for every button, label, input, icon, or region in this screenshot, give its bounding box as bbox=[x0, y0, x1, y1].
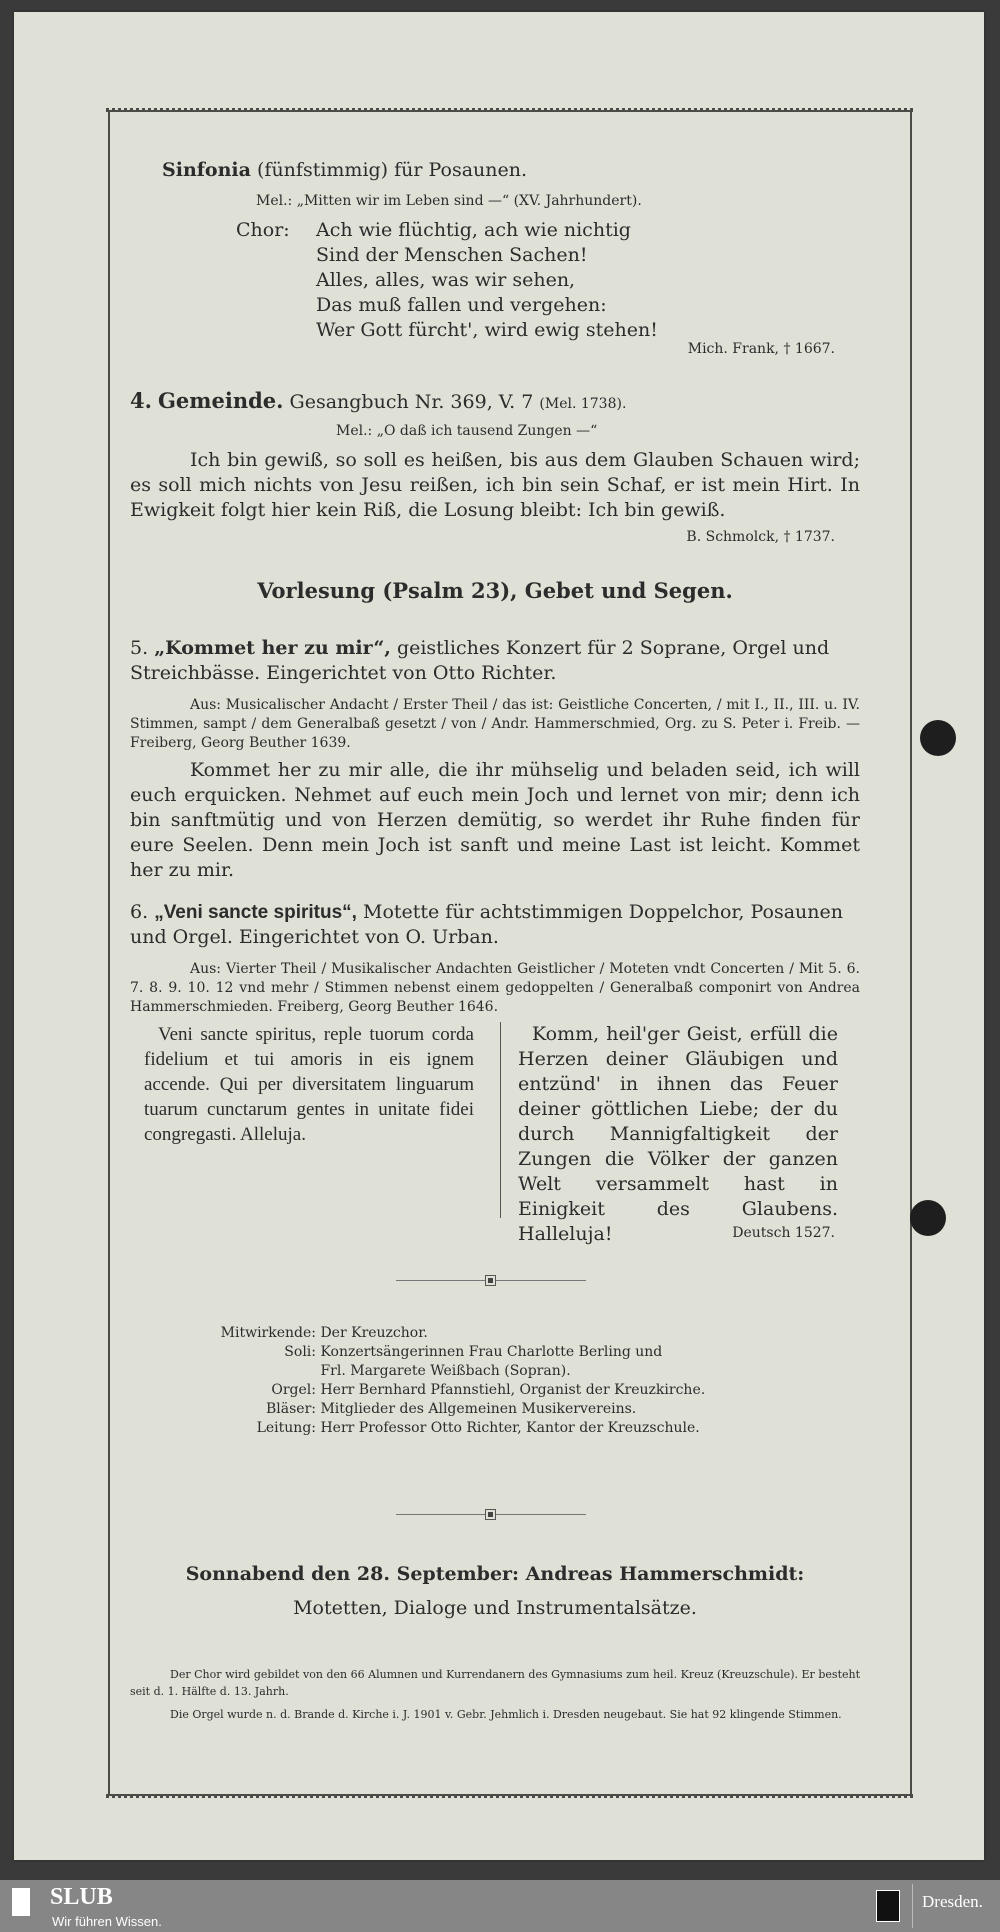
performers-list: Mitwirkende: Der Kreuzchor. Soli: Konzer… bbox=[186, 1324, 886, 1438]
item-5-text: Kommet her zu mir alle, die ihr mühselig… bbox=[130, 758, 860, 883]
item-5-heading: 5. „Kommet her zu mir“, geistliches Konz… bbox=[130, 636, 860, 686]
performer-row: Mitwirkende: Der Kreuzchor. bbox=[186, 1324, 886, 1343]
german-source: Deutsch 1527. bbox=[130, 1224, 835, 1243]
item-6-heading: 6. „Veni sancte spiritus“, Motette für a… bbox=[130, 900, 860, 950]
column-divider bbox=[500, 1022, 501, 1218]
performer-row: Leitung: Herr Professor Otto Richter, Ka… bbox=[186, 1419, 886, 1438]
sinfonia-melody: Mel.: „Mitten wir im Leben sind —“ (XV. … bbox=[256, 192, 986, 211]
library-footer: SLUB Wir führen Wissen. Dresden. bbox=[0, 1880, 1000, 1932]
next-concert-line-2: Motetten, Dialoge und Instrumentalsätze. bbox=[130, 1596, 860, 1621]
item-5-source: Aus: Musicalischer Andacht / Erster Thei… bbox=[130, 696, 860, 753]
note-choir: Der Chor wird gebildet von den 66 Alumne… bbox=[130, 1666, 860, 1700]
dresden-coat-of-arms-icon bbox=[876, 1890, 900, 1922]
dresden-logo[interactable]: Dresden. bbox=[922, 1892, 983, 1912]
reading-heading: Vorlesung (Psalm 23), Gebet und Segen. bbox=[130, 578, 860, 603]
sinfonia-author: Mich. Frank, † 1667. bbox=[130, 340, 835, 359]
ornament-square-icon bbox=[485, 1509, 496, 1520]
item-6-source: Aus: Vierter Theil / Musikalischer Andac… bbox=[130, 960, 860, 1017]
slub-logo[interactable]: SLUB bbox=[50, 1884, 113, 1911]
performer-row: Frl. Margarete Weißbach (Sopran). bbox=[186, 1362, 886, 1381]
punch-hole bbox=[920, 720, 956, 756]
choir-verse: Ach wie flüchtig, ach wie nichtig Sind d… bbox=[316, 218, 816, 343]
item-4-melody: Mel.: „O daß ich tausend Zungen —“ bbox=[336, 422, 1000, 441]
performer-row: Orgel: Herr Bernhard Pfannstiehl, Organi… bbox=[186, 1381, 886, 1400]
slub-book-icon bbox=[12, 1888, 30, 1916]
item-4-text: Ich bin gewiß, so soll es heißen, bis au… bbox=[130, 448, 860, 523]
sinfonia-heading: Sinfonia (fünfstimmig) für Posaunen. bbox=[162, 158, 892, 183]
slub-tagline: Wir führen Wissen. bbox=[52, 1914, 162, 1929]
performer-row: Bläser: Mitglieder des Allgemeinen Musik… bbox=[186, 1400, 886, 1419]
ornamental-border bbox=[108, 110, 912, 1796]
item-4-author: B. Schmolck, † 1737. bbox=[130, 528, 835, 547]
latin-text: Veni sancte spiritus, reple tuorum corda… bbox=[144, 1022, 474, 1147]
item-4-heading: 4. Gemeinde. Gesangbuch Nr. 369, V. 7 (M… bbox=[130, 388, 860, 415]
performer-row: Soli: Konzertsängerinnen Frau Charlotte … bbox=[186, 1343, 886, 1362]
next-concert-line-1: Sonnabend den 28. September: Andreas Ham… bbox=[130, 1562, 860, 1587]
ornament-square-icon bbox=[485, 1275, 496, 1286]
footer-divider bbox=[912, 1884, 913, 1928]
german-text: Komm, heil'ger Geist, erfüll die Herzen … bbox=[518, 1022, 838, 1247]
punch-hole bbox=[910, 1200, 946, 1236]
choir-label: Chor: bbox=[236, 218, 316, 243]
note-organ: Die Orgel wurde n. d. Brande d. Kirche i… bbox=[130, 1706, 860, 1723]
